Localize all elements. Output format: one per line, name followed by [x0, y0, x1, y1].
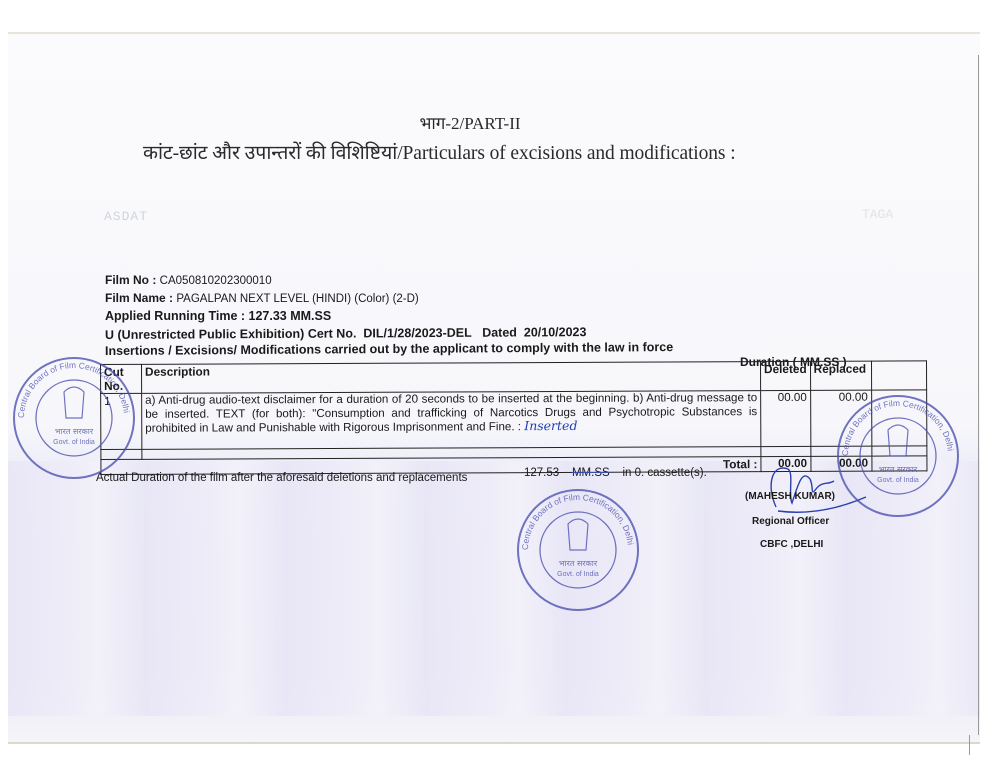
- film-name-label: Film Name :: [105, 291, 173, 305]
- cbfc-stamp-icon: भारत सरकार Govt. of India Central Board …: [832, 390, 964, 522]
- cell-deleted: 00.00: [761, 390, 811, 446]
- cbfc-stamp-icon: भारत सरकार Govt. of India Central Board …: [512, 484, 644, 616]
- part-heading: भाग-2/PART-II: [380, 111, 560, 134]
- cassette-text: in 0. cassette(s).: [622, 467, 706, 479]
- svg-text:Central Board of Film Certific: Central Board of Film Certification, Del…: [520, 492, 636, 550]
- faded-bleedthrough-text: ASDAT: [104, 209, 148, 224]
- dated-value: 20/10/2023: [524, 325, 587, 339]
- table-header-row: Cut No. Description Deleted Replaced: [101, 361, 927, 394]
- signatory-designation: Regional Officer: [752, 516, 829, 527]
- stamp-english: Govt. of India: [53, 439, 95, 446]
- stamp-ring-text: Central Board of Film Certification, Del…: [840, 398, 956, 456]
- header-description: Description: [142, 362, 761, 394]
- svg-text:Central Board of Film Certific: Central Board of Film Certification, Del…: [16, 360, 132, 418]
- actual-duration-value: 127.53: [524, 467, 559, 479]
- certificate-row: U (Unrestricted Public Exhibition) Cert …: [105, 325, 587, 342]
- description-text: a) Anti-drug audio-text disclaimer for a…: [145, 391, 757, 435]
- film-name-row: Film Name : PAGALPAN NEXT LEVEL (HINDI) …: [105, 291, 419, 305]
- faded-bleedthrough-text: TAGA: [862, 207, 893, 222]
- actual-duration-text: Actual Duration of the film after the af…: [96, 472, 467, 484]
- svg-text:Central Board of Film Certific: Central Board of Film Certification, Del…: [840, 398, 956, 456]
- dated-label: Dated: [482, 325, 517, 339]
- film-no-value: CA050810202300010: [160, 275, 272, 287]
- page-edge-line: [969, 735, 970, 755]
- running-time-row: Applied Running Time : 127.33 MM.SS: [105, 309, 331, 323]
- signatory-name: (MAHESH KUMAR): [745, 491, 835, 502]
- stamp-hindi: भारत सरकार: [879, 465, 918, 474]
- film-name-value: PAGALPAN NEXT LEVEL (HINDI) (Color) (2-D…: [176, 293, 418, 305]
- stamp-ring-text: Central Board of Film Certification, Del…: [16, 360, 132, 418]
- header-deleted: Deleted: [760, 361, 810, 390]
- film-no-label: Film No :: [105, 273, 156, 287]
- cell-description: a) Anti-drug audio-text disclaimer for a…: [142, 391, 761, 450]
- actual-duration-row: 127.53 MM.SS in 0. cassette(s).: [524, 467, 707, 479]
- stamp-hindi: भारत सरकार: [55, 427, 94, 436]
- stamp-english: Govt. of India: [877, 477, 919, 484]
- actual-duration-unit: MM.SS: [572, 467, 610, 479]
- handwritten-note: Inserted: [524, 418, 577, 433]
- cert-label: U (Unrestricted Public Exhibition) Cert …: [105, 326, 357, 342]
- film-no-row: Film No : CA050810202300010: [105, 273, 272, 287]
- section-heading: कांट-छांट और उपान्तरों की विशिष्टियां/Pa…: [143, 138, 736, 165]
- running-time-label: Applied Running Time :: [105, 309, 245, 323]
- cert-no: DIL/1/28/2023-DEL: [363, 326, 471, 341]
- header-replaced: Replaced: [810, 361, 871, 390]
- header-blank: [871, 361, 926, 390]
- page-edge-line: [978, 55, 979, 735]
- cbfc-stamp-icon: भारत सरकार Govt. of India Central Board …: [8, 352, 140, 484]
- stamp-hindi: भारत सरकार: [559, 559, 598, 568]
- signatory-office: CBFC ,DELHI: [760, 539, 823, 550]
- table-row: 1 a) Anti-drug audio-text disclaimer for…: [101, 390, 927, 450]
- stamp-english: Govt. of India: [557, 571, 599, 578]
- stamp-ring-text: Central Board of Film Certification, Del…: [520, 492, 636, 550]
- running-time-value: 127.33 MM.SS: [249, 309, 332, 323]
